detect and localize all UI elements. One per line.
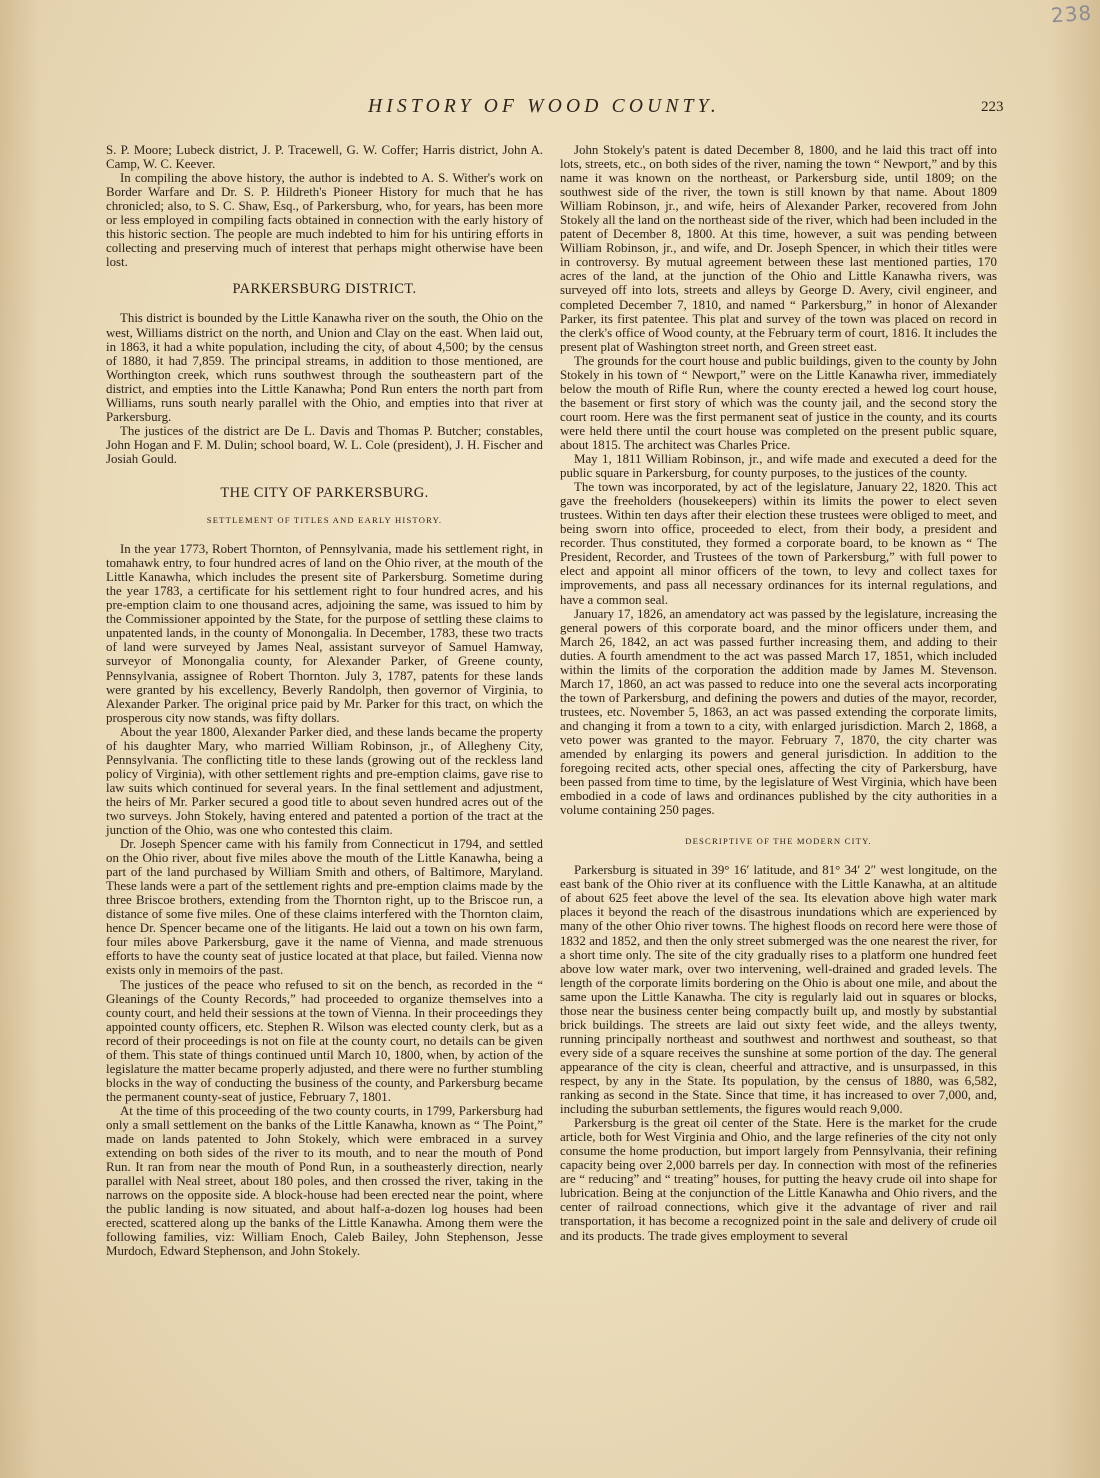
paragraph: The town was incorporated, by act of the… <box>560 480 997 606</box>
paragraph: S. P. Moore; Lubeck district, J. P. Trac… <box>106 143 543 171</box>
paragraph: In compiling the above history, the auth… <box>106 171 543 269</box>
paragraph: In the year 1773, Robert Thornton, of Pe… <box>106 542 543 725</box>
paragraph: May 1, 1811 William Robinson, jr., and w… <box>560 452 997 480</box>
paragraph: The grounds for the court house and publ… <box>560 354 997 452</box>
left-column: S. P. Moore; Lubeck district, J. P. Trac… <box>106 143 543 1258</box>
page-number: 223 <box>981 99 1004 116</box>
subheading-settlement: SETTLEMENT OF TITLES AND EARLY HISTORY. <box>106 513 543 527</box>
paragraph: Parkersburg is the great oil center of t… <box>560 1116 997 1242</box>
paragraph: January 17, 1826, an amendatory act was … <box>560 607 997 818</box>
subheading-modern-city: DESCRIPTIVE OF THE MODERN CITY. <box>560 834 997 848</box>
running-head: HISTORY OF WOOD COUNTY. <box>368 96 720 118</box>
right-column: John Stokely's patent is dated December … <box>560 143 997 1243</box>
page-edge-shadow-left <box>0 0 40 1478</box>
paragraph: Parkersburg is situated in 39° 16′ latit… <box>560 863 997 1116</box>
section-heading-parkersburg-district: PARKERSBURG DISTRICT. <box>106 282 543 296</box>
paragraph: John Stokely's patent is dated December … <box>560 143 997 354</box>
paragraph: The justices of the peace who refused to… <box>106 978 543 1104</box>
paragraph: At the time of this proceeding of the tw… <box>106 1104 543 1259</box>
paragraph: This district is bounded by the Little K… <box>106 311 543 423</box>
paragraph: The justices of the district are De L. D… <box>106 424 543 466</box>
paragraph: About the year 1800, Alexander Parker di… <box>106 725 543 837</box>
pencil-annotation: 238 <box>1050 1 1093 28</box>
section-heading-city-of-parkersburg: THE CITY OF PARKERSBURG. <box>106 486 543 500</box>
paragraph: Dr. Joseph Spencer came with his family … <box>106 837 543 977</box>
page-edge-shadow-right <box>1050 0 1100 1478</box>
